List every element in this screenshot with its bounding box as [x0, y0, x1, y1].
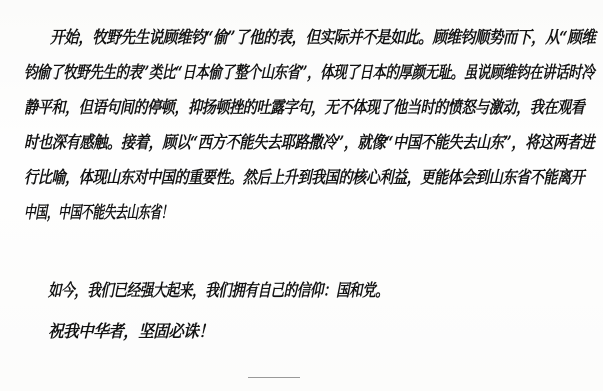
pen-mark	[248, 377, 300, 378]
essay-line-2: 钧偷了牧野先生的表”类比“日本偷了整个山东省”，体现了日本的厚颜无耻。虽说顾维钧…	[24, 61, 594, 85]
essay-line-7: 如今，我们已经强大起来，我们拥有自己的信仰：国和党。	[48, 279, 388, 303]
essay-line-4: 时也深有感触。接着，顾以“西方不能失去耶路撒冷”，就像“中国不能失去山东”，将这…	[24, 131, 594, 155]
handwritten-page: 开始，牧野先生说顾维钧“偷”了他的表，但实际并不是如此。顾维钧顺势而下，从“顾维…	[0, 0, 603, 391]
essay-line-3: 静平和，但语句间的停顿，抑扬顿挫的吐露字句，无不体现了他当时的愤怒与激动，我在观…	[24, 96, 584, 120]
essay-line-5: 行比喻，体现山东对中国的重要性。然后上升到我国的核心利益，更能体会到山东省不能离…	[24, 166, 584, 190]
essay-line-6: 中国，中国不能失去山东省！	[24, 201, 172, 225]
essay-line-8: 祝我中华者，坚固必诛！	[48, 320, 213, 344]
essay-line-1: 开始，牧野先生说顾维钧“偷”了他的表，但实际并不是如此。顾维钧顺势而下，从“顾维	[50, 26, 595, 50]
